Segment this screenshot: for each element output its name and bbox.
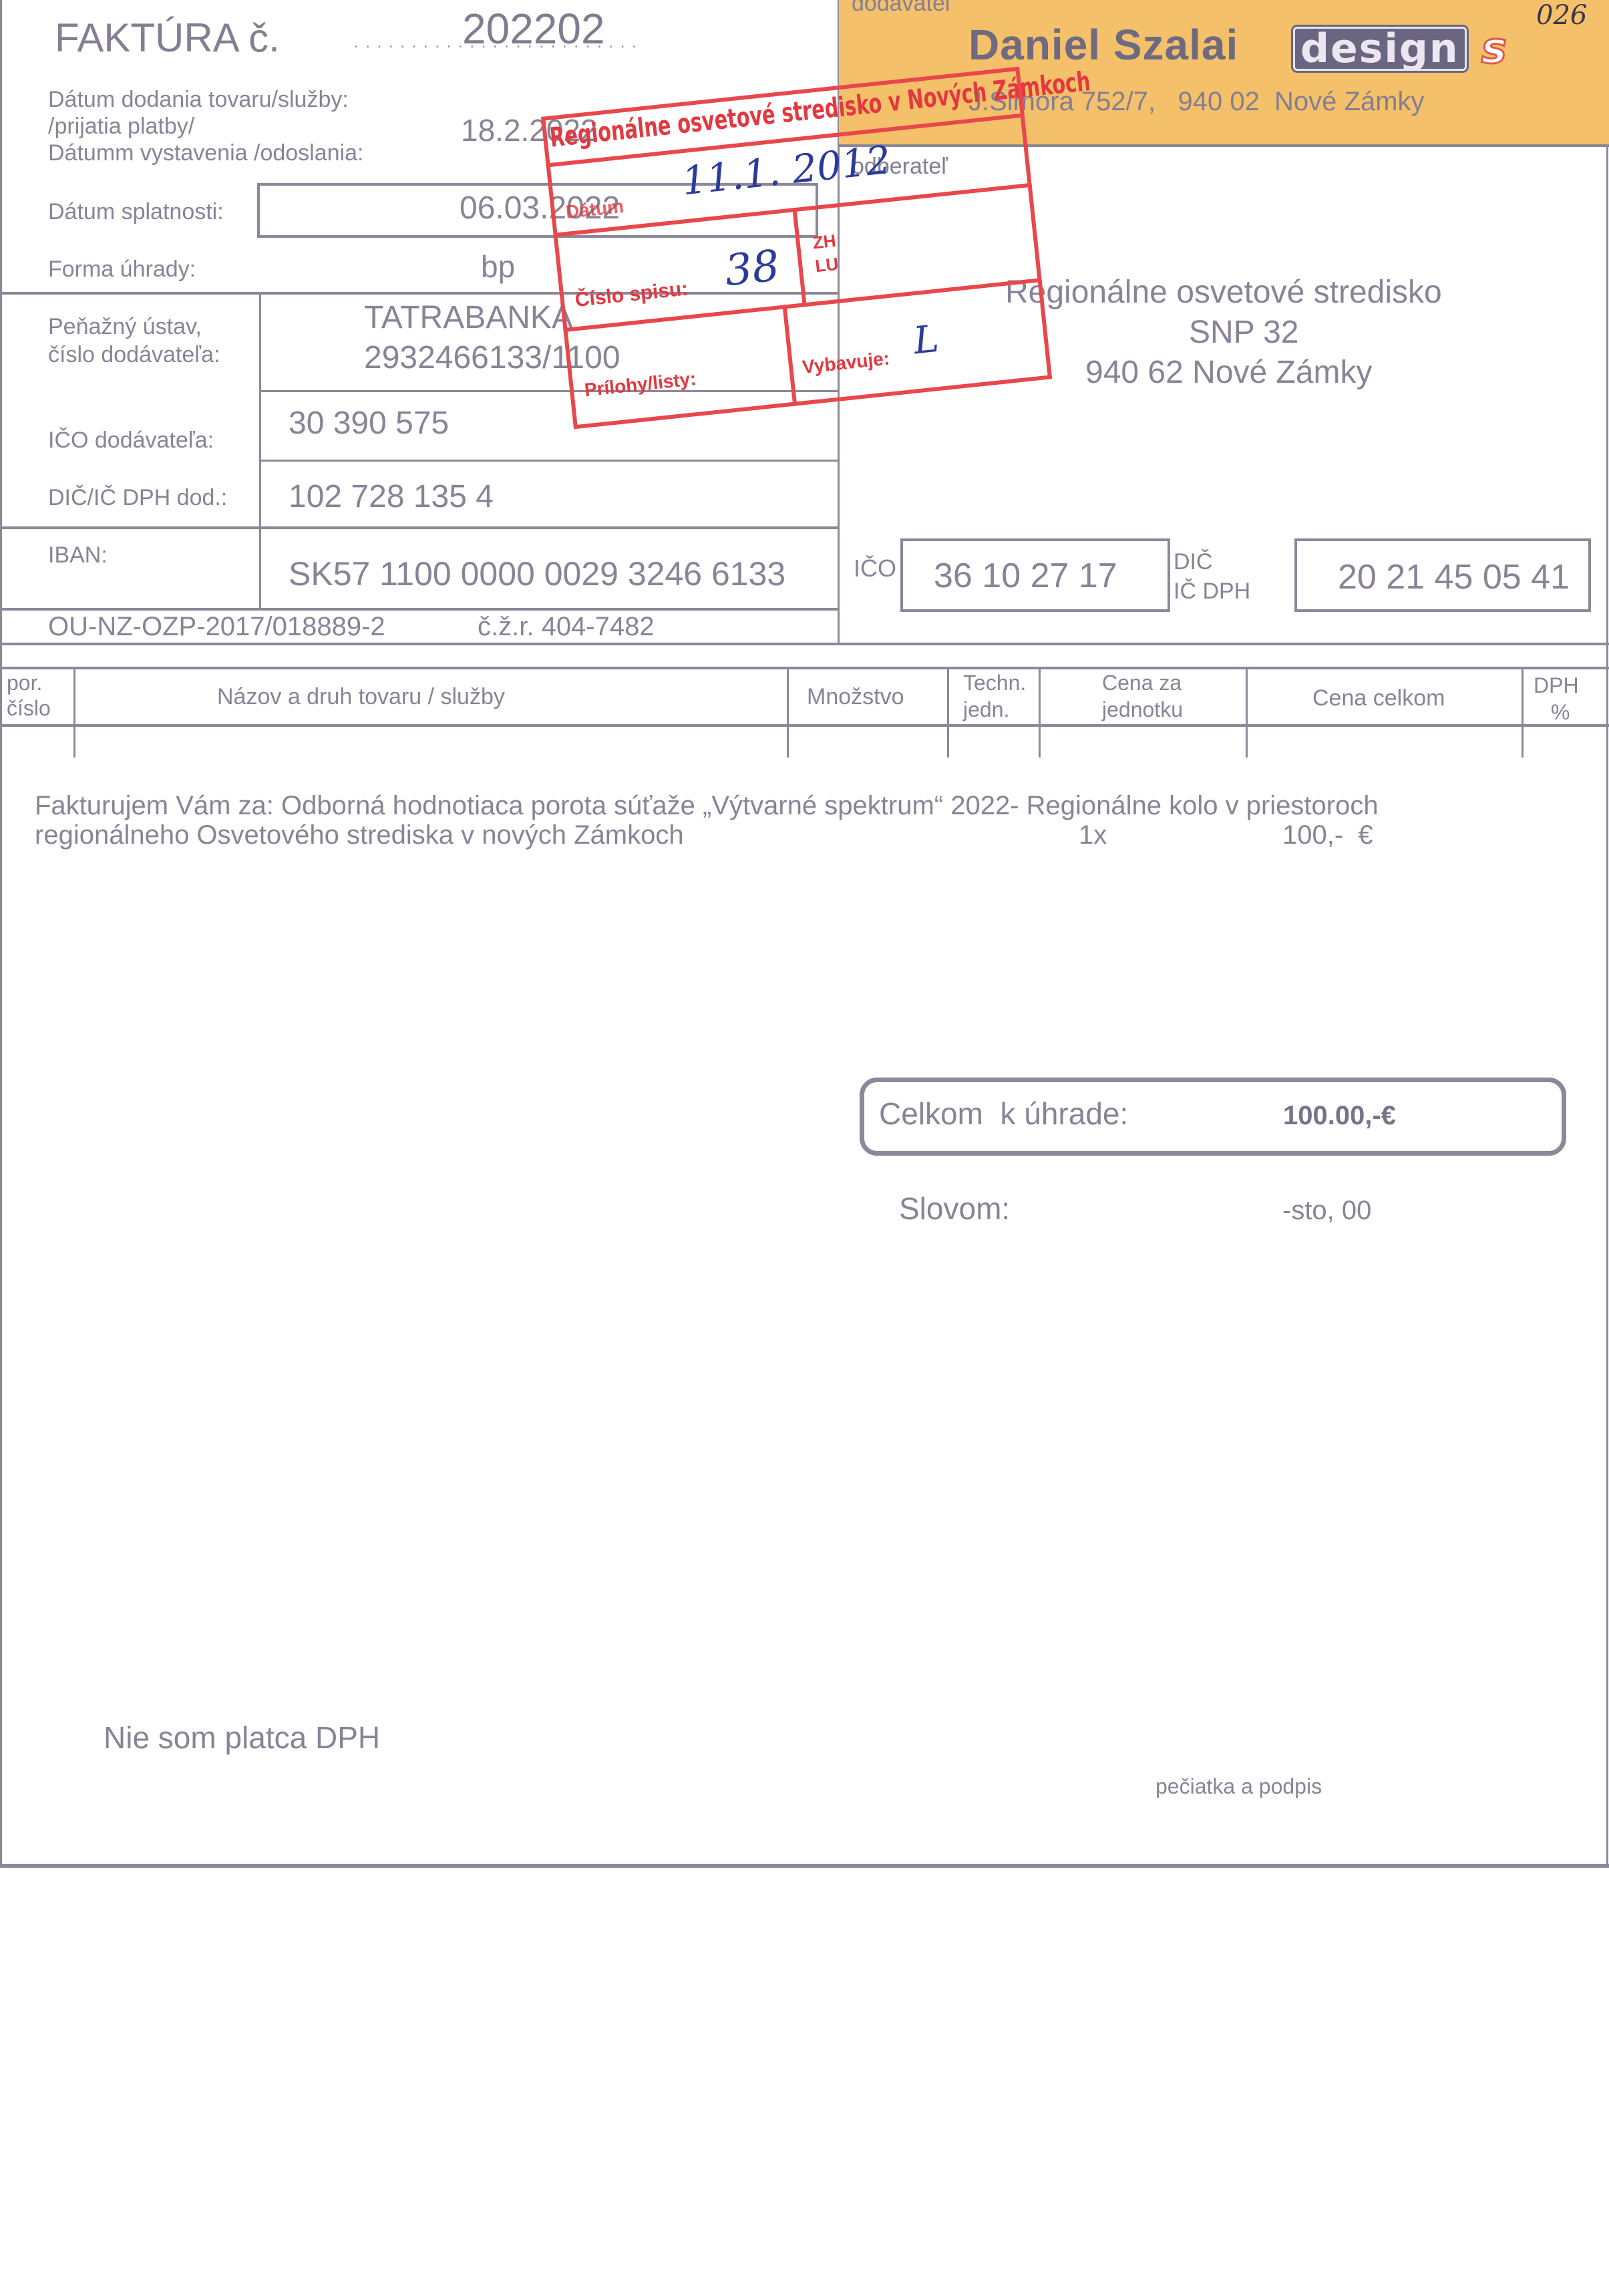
frame-bottom [0,1864,1609,1868]
logo-s-letter: s [1481,24,1507,73]
th-por-1: por. [7,671,42,695]
bank-label-1: Peňažný ústav, [48,314,202,340]
th-techn-2: jedn. [963,697,1009,722]
stamp-zh-label: ZH [812,230,837,253]
divider [0,608,839,611]
bank-name: TATRABANKA [364,299,573,336]
frame-right [1606,0,1608,1867]
handwritten-ref: 026 [1536,0,1587,31]
bank-label-2: číslo dodávateľa: [48,342,220,368]
th-unit-price-1: Cena za [1102,671,1182,695]
stamp-file-handwritten: 38 [723,241,782,296]
total-value: 100.00,-€ [1283,1101,1396,1131]
invoice-title-label: FAKTÚRA č. [55,15,280,61]
table-col-sep [947,667,949,758]
iban-label: IBAN: [48,542,108,568]
table-col-sep [787,667,789,758]
supplier-ico-value: 30 390 575 [289,405,449,442]
table-col-sep [1039,667,1041,758]
delivery-date-label-2: /prijatia platby/ [48,114,194,140]
th-por-2: číslo [7,696,51,721]
vat-note: Nie som platca DPH [104,1719,380,1756]
due-date-label: Dátum splatnosti: [48,199,224,225]
th-quantity: Množstvo [807,684,904,710]
divider [259,292,261,609]
th-total-price: Cena celkom [1312,685,1445,711]
supplier-section-label: dodávateľ [852,0,952,17]
th-techn-1: Techn. [963,671,1026,695]
stamp-lu-label: LU [814,254,840,277]
frame-left [0,0,2,1867]
supplier-logo: design s [1293,24,1507,73]
stamp-handler-handwritten: L [912,317,941,363]
item-description-line-1: Fakturujem Vám za: Odborná hodnotiaca po… [35,791,1379,821]
registration-number: OU-NZ-OZP-2017/018889-2 [48,612,385,642]
customer-name: Regionálne osvetové stredisko [1005,274,1442,311]
divider [0,526,839,529]
supplier-dic-label: DIČ/IČ DPH dod.: [48,485,227,511]
total-label: Celkom k úhrade: [879,1096,1128,1132]
customer-ico-label: IČO [854,554,896,583]
words-label: Slovom: [899,1190,1010,1226]
item-quantity: 1x [1079,820,1107,850]
item-price: 100,- € [1282,820,1373,850]
registry-stamp: Regionálne osvetové stredisko v Nových Z… [541,67,1052,430]
customer-dic-label-1: DIČ [1174,549,1213,575]
iban-value: SK57 1100 0000 0029 3246 6133 [289,554,785,593]
th-unit-price-2: jednotku [1102,697,1183,722]
customer-dic-value: 20 21 45 05 41 [1338,557,1570,597]
trade-register-number: č.ž.r. 404-7482 [478,612,655,642]
table-top [0,667,1609,669]
table-col-sep [73,667,75,758]
th-vat-2: % [1551,700,1570,725]
supplier-ico-label: IČO dodávateľa: [48,428,214,454]
supplier-dic-value: 102 728 135 4 [289,478,494,515]
supplier-name: Daniel Szalai [968,20,1238,69]
th-name: Názov a druh tovaru / služby [217,684,505,710]
th-vat-1: DPH [1534,673,1579,698]
item-description-line-2: regionálneho Osvetového strediska v nový… [35,820,684,850]
delivery-date-label-1: Dátum dodania tovaru/služby: [48,87,349,113]
customer-ico-value: 36 10 27 17 [934,556,1117,596]
words-value: -sto, 00 [1282,1196,1371,1226]
payment-form-label: Forma úhrady: [48,257,196,283]
customer-city: 940 62 Nové Zámky [1085,354,1373,391]
divider [259,460,839,462]
logo-design-word: design [1293,27,1467,71]
customer-dic-label-2: IČ DPH [1174,579,1250,605]
payment-form-value: bp [481,249,515,285]
divider [0,643,1609,645]
table-header-bottom [0,724,1609,727]
signature-label: pečiatka a podpis [1155,1774,1322,1799]
invoice-number-dots: . . . . . . . . . . . . . . . . . . . . … [354,33,638,52]
table-col-sep [1522,667,1524,758]
issue-date-label: Dátumm vystavenia /odoslania: [48,140,363,166]
customer-street: SNP 32 [1189,314,1299,351]
table-col-sep [1246,667,1248,758]
